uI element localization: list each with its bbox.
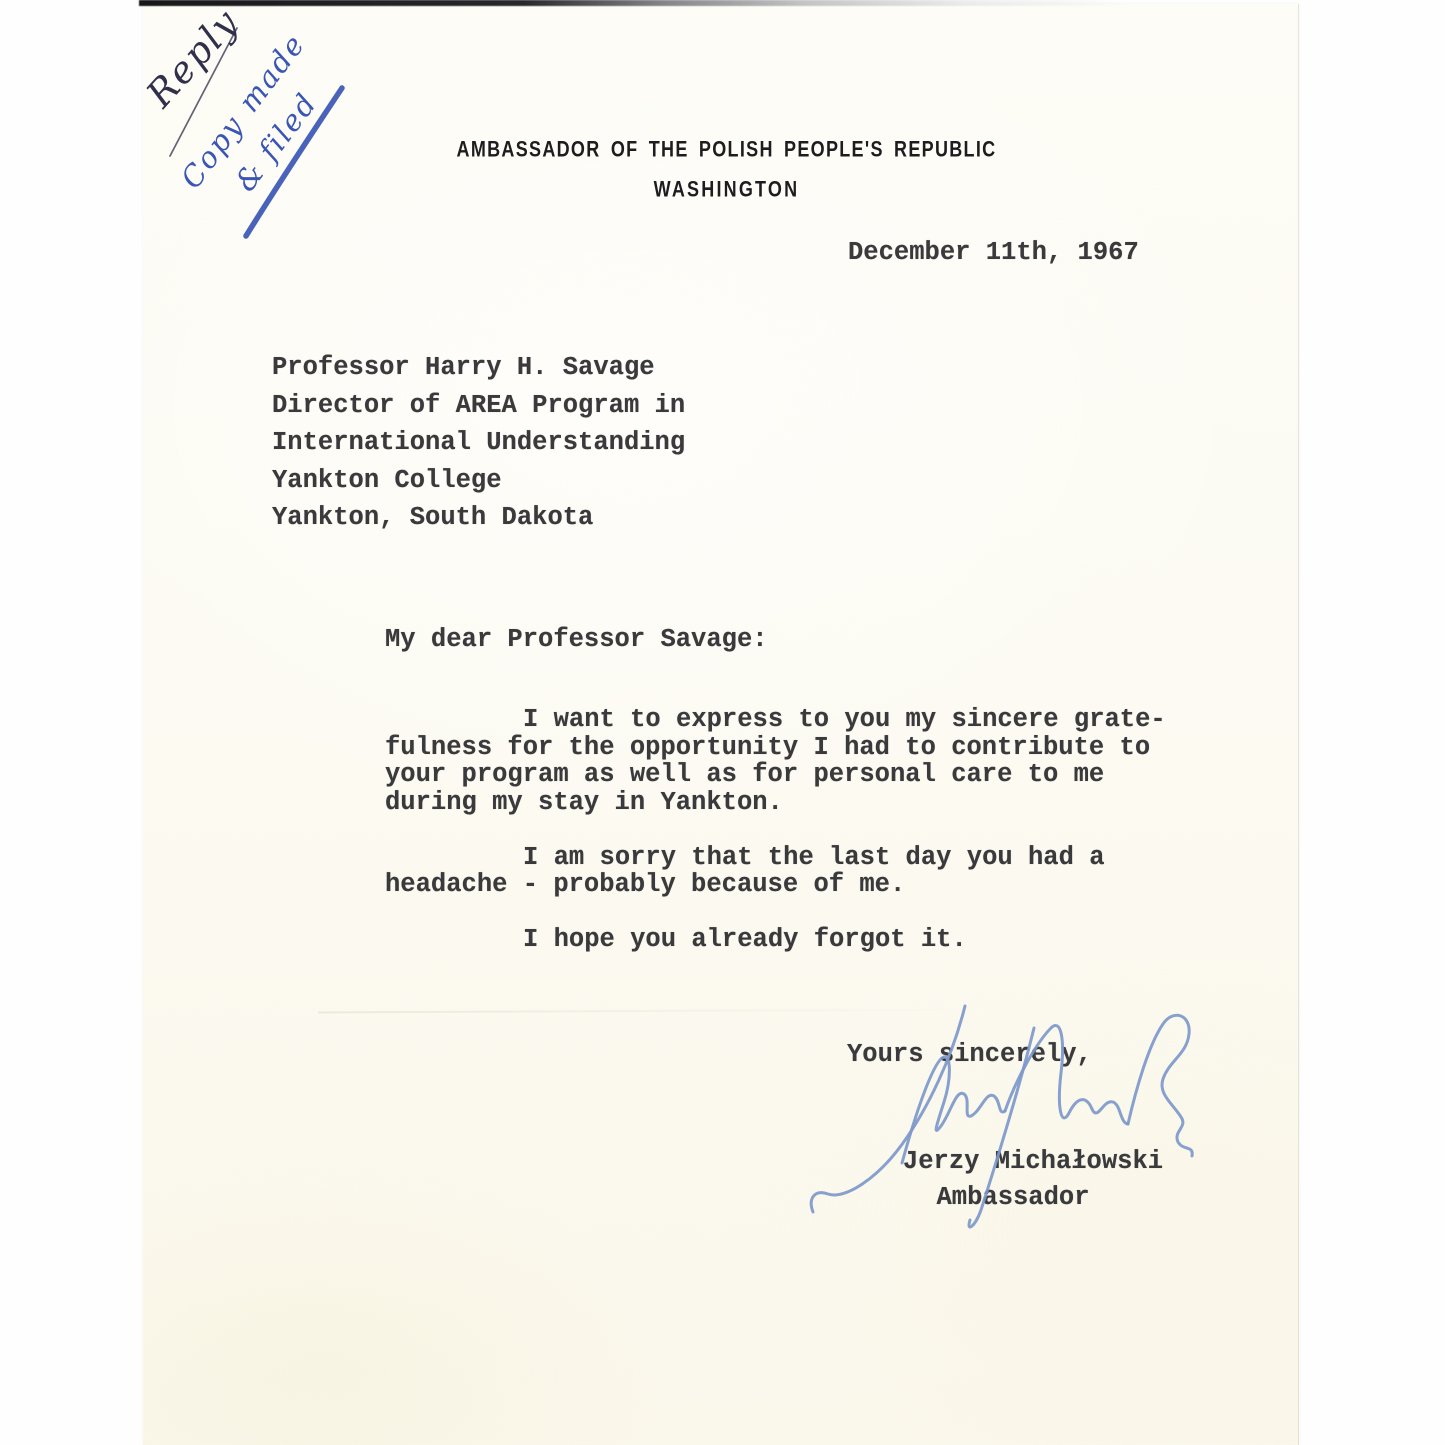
signer-typed-name: Jerzy Michałowski [903,1148,1163,1176]
recipient-line: Director of AREA Program in [272,387,685,425]
closing-line: Yours sincerely, [847,1041,1092,1069]
body-paragraph-2: I am sorry that the last day you had a h… [385,844,1166,899]
date-line: December 11th, 1967 [848,239,1139,267]
letterhead-line1: AMBASSADOR OF THE POLISH PEOPLE'S REPUBL… [155,135,1298,163]
letterhead-line2: WASHINGTON [155,175,1298,203]
signer-typed-title: Ambassador [936,1184,1089,1212]
body-line: I hope you already forgot it. [385,926,1166,954]
letterhead: AMBASSADOR OF THE POLISH PEOPLE'S REPUBL… [143,135,1298,203]
letter-paper: AMBASSADOR OF THE POLISH PEOPLE'S REPUBL… [143,4,1299,1445]
body-line: during my stay in Yankton. [385,789,1166,817]
recipient-line: International Understanding [272,424,685,462]
letter-body: I want to express to you my sincere grat… [385,706,1166,954]
recipient-line: Yankton College [272,462,685,500]
recipient-line: Yankton, South Dakota [272,499,685,537]
body-line: I want to express to you my sincere grat… [385,706,1166,734]
body-line: fulness for the opportunity I had to con… [385,734,1166,762]
body-line: I am sorry that the last day you had a [385,844,1166,872]
scanned-letter: AMBASSADOR OF THE POLISH PEOPLE'S REPUBL… [0,0,1445,1445]
salutation: My dear Professor Savage: [385,626,768,654]
body-paragraph-1: I want to express to you my sincere grat… [385,706,1166,816]
body-line: headache - probably because of me. [385,871,1166,899]
scan-top-edge [139,0,1149,6]
paper-crease [318,1009,978,1014]
body-line: your program as well as for personal car… [385,761,1166,789]
body-paragraph-3: I hope you already forgot it. [385,926,1166,954]
recipient-line: Professor Harry H. Savage [272,349,685,387]
recipient-address: Professor Harry H. Savage Director of AR… [272,349,685,537]
